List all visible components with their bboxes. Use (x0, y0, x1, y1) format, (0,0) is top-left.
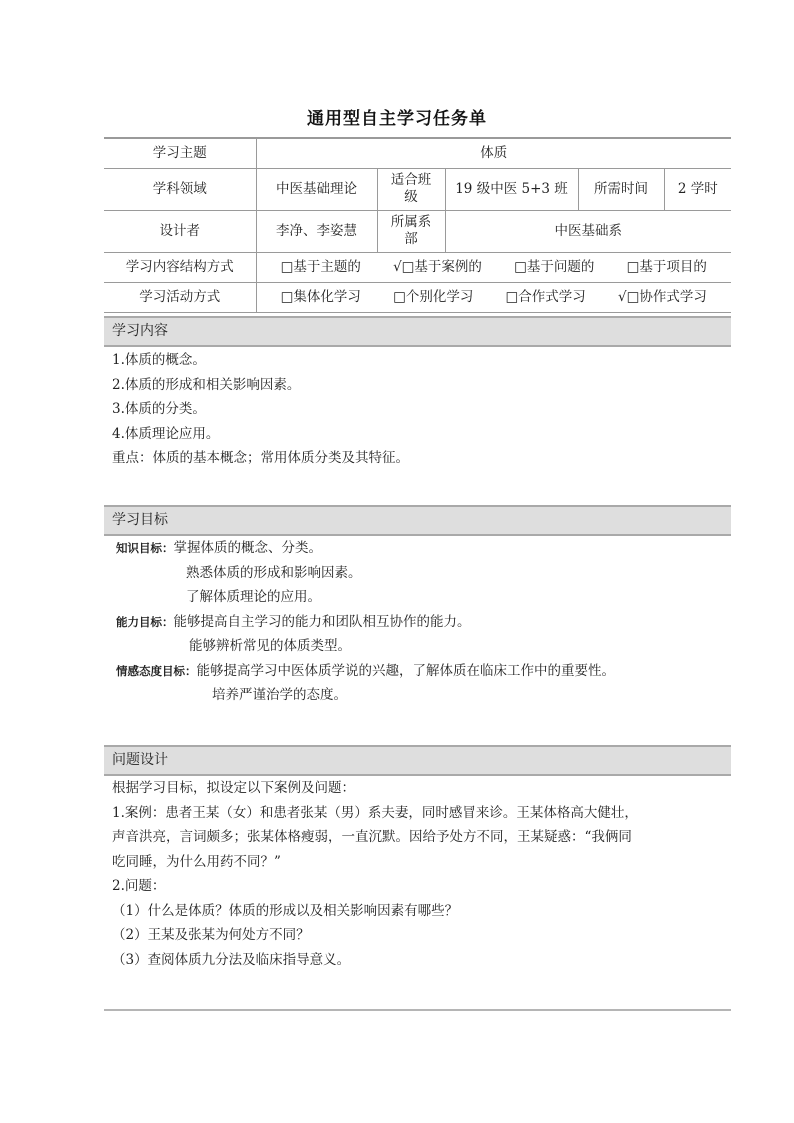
emotion-line: 能够提高学习中医体质学说的兴趣，了解体质在临床工作中的重要性。 (197, 663, 616, 679)
ability-line: 能够辨析常见的体质类型。 (116, 634, 731, 659)
case-line: 吃同睡，为什么用药不同？” (112, 850, 731, 875)
content-line: 4.体质理论应用。 (112, 422, 731, 447)
emotion-label: 情感态度目标： (116, 664, 197, 678)
knowledge-label: 知识目标： (116, 541, 174, 555)
activity-option-individual[interactable]: □个别化学习 (393, 289, 473, 306)
activity-option-collaborative[interactable]: √□协作式学习 (618, 289, 707, 306)
row-structure: 学习内容结构方式 □基于主题的 √□基于案例的 □基于问题的 □基于项目的 (104, 252, 731, 282)
content-section: 学习内容 1.体质的概念。 2.体质的形成和相关影响因素。 3.体质的分类。 4… (104, 316, 731, 471)
field-label: 学科领域 (104, 168, 256, 210)
questions-heading: 问题设计 (104, 745, 731, 776)
content-heading: 学习内容 (104, 316, 731, 347)
class-label: 适合班级 (377, 168, 445, 210)
content-line: 3.体质的分类。 (112, 397, 731, 422)
row-field: 学科领域 中医基础理论 适合班级 19 级中医 5+3 班 所需时间 2 学时 (104, 168, 731, 210)
structure-options: □基于主题的 √□基于案例的 □基于问题的 □基于项目的 (256, 252, 731, 282)
question-item: （2）王某及张某为何处方不同？ (112, 923, 731, 948)
knowledge-line: 熟悉体质的形成和影响因素。 (116, 561, 731, 586)
time-value: 2 学时 (664, 168, 731, 210)
emotion-line: 培养严谨治学的态度。 (116, 683, 731, 708)
knowledge-line: 掌握体质的概念、分类。 (174, 540, 323, 556)
designer-label: 设计者 (104, 210, 256, 252)
ability-label: 能力目标： (116, 615, 174, 629)
activity-label: 学习活动方式 (104, 282, 256, 312)
class-value: 19 级中医 5+3 班 (445, 168, 578, 210)
objectives-section: 学习目标 知识目标：掌握体质的概念、分类。 熟悉体质的形成和影响因素。 了解体质… (104, 505, 731, 708)
time-label: 所需时间 (578, 168, 664, 210)
content-key-points: 重点：体质的基本概念；常用体质分类及其特征。 (112, 446, 731, 471)
bottom-divider (104, 1009, 731, 1011)
question-item: （1）什么是体质？体质的形成以及相关影响因素有哪些？ (112, 899, 731, 924)
dept-label: 所属系部 (377, 210, 445, 252)
topic-label: 学习主题 (104, 138, 256, 168)
questions-intro: 根据学习目标，拟设定以下案例及问题： (112, 776, 731, 801)
knowledge-line: 了解体质理论的应用。 (116, 585, 731, 610)
case-line: 声音洪亮，言词颇多；张某体格瘦弱，一直沉默。因给予处方不同，王某疑惑：“我俩同 (112, 825, 731, 850)
field-value: 中医基础理论 (256, 168, 377, 210)
topic-value: 体质 (256, 138, 731, 168)
dept-value: 中医基础系 (445, 210, 731, 252)
objectives-heading: 学习目标 (104, 505, 731, 536)
designer-value: 李净、李姿慧 (256, 210, 377, 252)
structure-option-project[interactable]: □基于项目的 (627, 259, 707, 276)
content-line: 2.体质的形成和相关影响因素。 (112, 373, 731, 398)
row-activity: 学习活动方式 □集体化学习 □个别化学习 □合作式学习 √□协作式学习 (104, 282, 731, 312)
document-title: 通用型自主学习任务单 (0, 104, 794, 129)
activity-option-cooperative[interactable]: □合作式学习 (506, 289, 586, 306)
ability-line: 能够提高自主学习的能力和团队相互协作的能力。 (174, 614, 471, 630)
activity-options: □集体化学习 □个别化学习 □合作式学习 √□协作式学习 (256, 282, 731, 312)
row-topic: 学习主题 体质 (104, 138, 731, 168)
info-table: 学习主题 体质 学科领域 中医基础理论 适合班级 19 级中医 5+3 班 所需… (104, 137, 731, 313)
structure-option-problem[interactable]: □基于问题的 (514, 259, 594, 276)
row-designer: 设计者 李净、李姿慧 所属系部 中医基础系 (104, 210, 731, 252)
question-item: （3）查阅体质九分法及临床指导意义。 (112, 948, 731, 973)
questions-section: 问题设计 根据学习目标，拟设定以下案例及问题： 1.案例：患者王某（女）和患者张… (104, 745, 731, 972)
structure-option-topic[interactable]: □基于主题的 (281, 259, 361, 276)
content-line: 1.体质的概念。 (112, 348, 731, 373)
case-line: 1.案例：患者王某（女）和患者张某（男）系夫妻，同时感冒来诊。王某体格高大健壮， (112, 801, 731, 826)
activity-option-collective[interactable]: □集体化学习 (281, 289, 361, 306)
questions-label: 2.问题： (112, 874, 731, 899)
structure-label: 学习内容结构方式 (104, 252, 256, 282)
structure-option-case[interactable]: √□基于案例的 (393, 259, 482, 276)
